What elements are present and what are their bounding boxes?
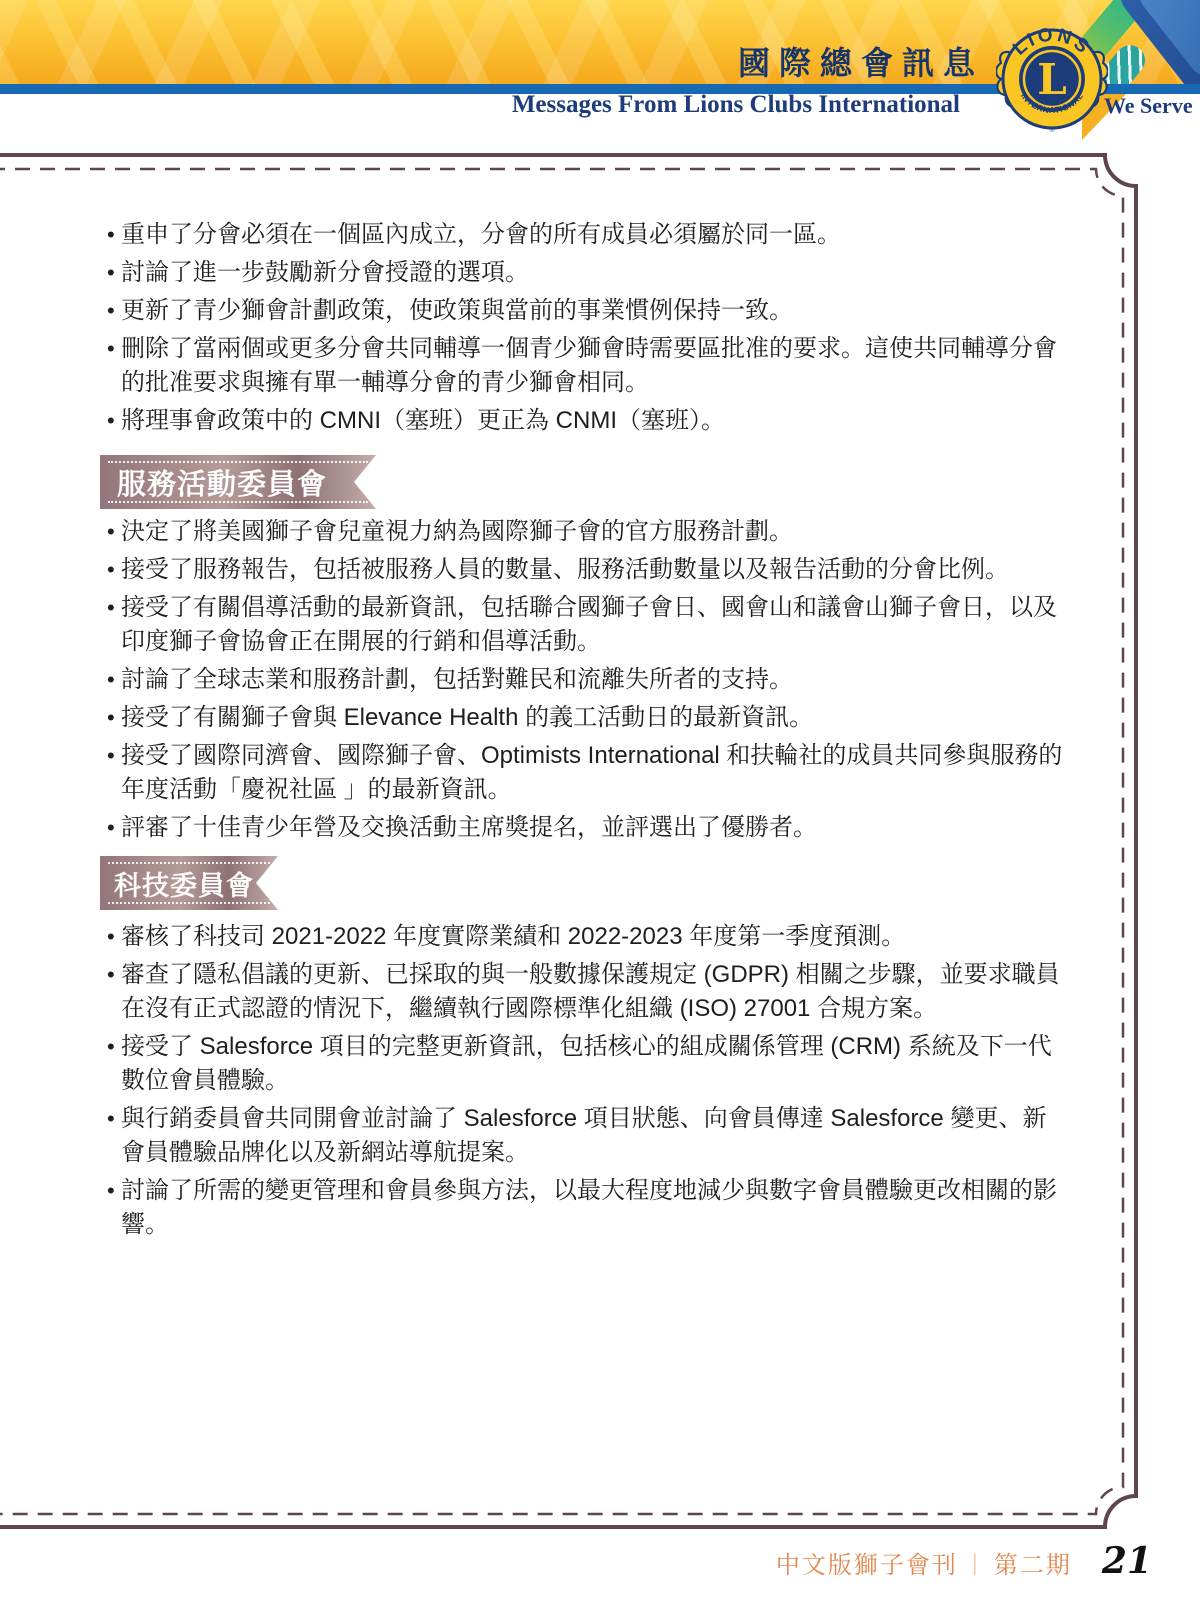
lions-club-logo: L LIONS INTERNATIONAL ® — [996, 24, 1108, 136]
bullet-item: 與行銷委員會共同開會並討論了 Salesforce 項目狀態、向會員傳達 Sal… — [108, 1102, 1064, 1170]
page-number: 21 — [1102, 1540, 1152, 1582]
bullet-item: 接受了服務報告，包括被服務人員的數量、服務活動數量以及報告活動的分會比例。 — [108, 553, 1064, 587]
bullet-item: 審核了科技司 2021-2022 年度實際業績和 2022-2023 年度第一季… — [108, 920, 1064, 954]
bullet-item: 討論了所需的變更管理和會員參與方法，以最大程度地減少與數字會員體驗更改相關的影響… — [108, 1174, 1064, 1242]
intro-bullet-list: 重申了分會必須在一個區內成立，分會的所有成員必須屬於同一區。討論了進一步鼓勵新分… — [108, 218, 1064, 442]
section-title-tech: 科技委員會 — [100, 864, 254, 903]
service-bullet-list: 決定了將美國獅子會兒童視力納為國際獅子會的官方服務計劃。接受了服務報告，包括被服… — [108, 515, 1064, 849]
bullet-item: 接受了國際同濟會、國際獅子會、Optimists International 和… — [108, 739, 1064, 807]
journal-separator: ｜ — [958, 1553, 994, 1578]
section-ribbon-tech: 科技委員會 — [100, 856, 278, 910]
section-title-service: 服務活動委員會 — [100, 462, 327, 503]
header-banner: 國際總會訊息 Messages From Lions Clubs Interna… — [0, 0, 1200, 155]
bullet-item: 接受了 Salesforce 項目的完整更新資訊，包括核心的組成關係管理 (CR… — [108, 1030, 1064, 1098]
bullet-item: 接受了有關獅子會與 Elevance Health 的義工活動日的最新資訊。 — [108, 701, 1064, 735]
lions-logo-icon: L LIONS INTERNATIONAL ® — [996, 24, 1108, 136]
bullet-item: 刪除了當兩個或更多分會共同輔導一個青少獅會時需要區批准的要求。這使共同輔導分會的… — [108, 332, 1064, 400]
logo-center-letter: L — [1037, 55, 1067, 104]
journal-name: 中文版獅子會刊 — [776, 1552, 958, 1579]
bullet-item: 討論了全球志業和服務計劃，包括對難民和流離失所者的支持。 — [108, 663, 1064, 697]
bullet-item: 審查了隱私倡議的更新、已採取的與一般數據保護規定 (GDPR) 相關之步驟，並要… — [108, 958, 1064, 1026]
bullet-item: 評審了十佳青少年營及交換活動主席獎提名，並評選出了優勝者。 — [108, 811, 1064, 845]
page-subtitle: Messages From Lions Clubs International — [512, 91, 960, 119]
motto-text: We Serve — [1104, 93, 1193, 119]
bullet-item: 更新了青少獅會計劃政策，使政策與當前的事業慣例保持一致。 — [108, 294, 1064, 328]
bullet-item: 討論了進一步鼓勵新分會授證的選項。 — [108, 256, 1064, 290]
bullet-item: 重申了分會必須在一個區內成立，分會的所有成員必須屬於同一區。 — [108, 218, 1064, 252]
magazine-page: 國際總會訊息 Messages From Lions Clubs Interna… — [0, 0, 1200, 1609]
page-title: 國際總會訊息 — [738, 38, 984, 84]
bullet-item: 將理事會政策中的 CMNI（塞班）更正為 CNMI（塞班）。 — [108, 404, 1064, 438]
tech-bullet-list: 審核了科技司 2021-2022 年度實際業績和 2022-2023 年度第一季… — [108, 920, 1064, 1246]
bullet-item: 接受了有關倡導活動的最新資訊，包括聯合國獅子會日、國會山和議會山獅子會日，以及印… — [108, 591, 1064, 659]
journal-issue: 第二期 — [994, 1552, 1072, 1579]
page-footer: 中文版獅子會刊｜第二期 21 — [776, 1540, 1152, 1582]
registered-mark: ® — [1049, 126, 1055, 134]
section-ribbon-service: 服務活動委員會 — [100, 455, 376, 509]
journal-title: 中文版獅子會刊｜第二期 — [776, 1545, 1072, 1580]
bullet-item: 決定了將美國獅子會兒童視力納為國際獅子會的官方服務計劃。 — [108, 515, 1064, 549]
